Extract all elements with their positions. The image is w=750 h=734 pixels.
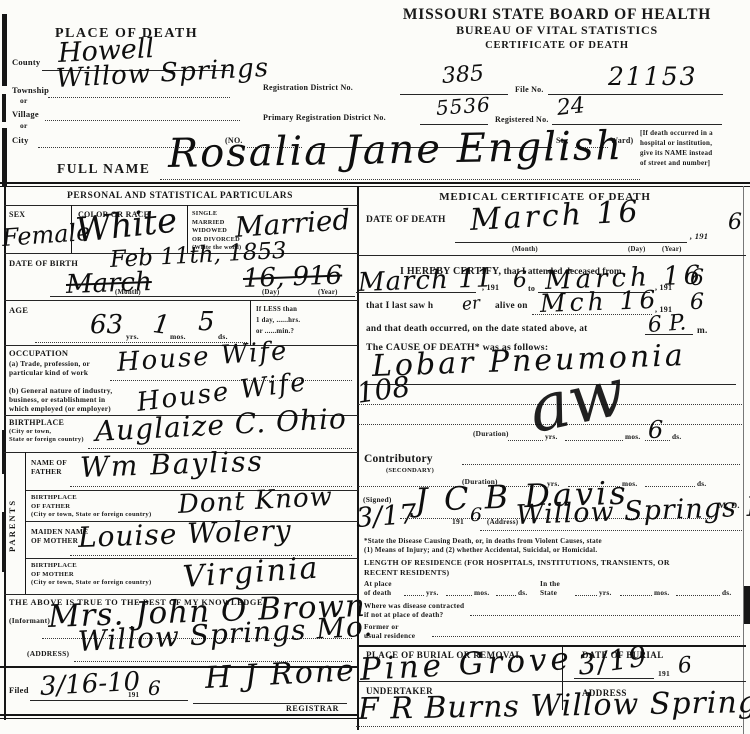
dod-year-printed: , 191 xyxy=(690,232,708,242)
signed-year-value: 6 xyxy=(470,506,482,525)
registrar-signature: H J Rone xyxy=(204,656,356,694)
occupation-b-label: (b) General nature of industry, business… xyxy=(9,386,149,413)
death-time-line xyxy=(645,334,693,335)
hospital-note-line: hospital or institution, xyxy=(640,138,744,148)
occupation-a-line: particular kind of work xyxy=(9,368,129,377)
death-certificate-document: PLACE OF DEATH County Howell Township Wi… xyxy=(0,0,750,734)
filed-year-printed: 191 xyxy=(128,692,139,700)
age-less-than-day-note: If LESS than 1 day, ......hrs. or ......… xyxy=(256,305,356,338)
bureau-title: BUREAU OF VITAL STATISTICS xyxy=(392,24,722,37)
duration-yrs-label: yrs. xyxy=(545,433,558,441)
hospital-note-line: give its NAME instead xyxy=(640,148,744,158)
undertaker-line xyxy=(356,726,742,727)
or-label: or xyxy=(20,97,28,105)
dod-day-label: (Day) xyxy=(628,246,645,254)
mos-label: mos. xyxy=(170,333,186,341)
filed-date-value: 3/16-10 xyxy=(39,669,140,700)
age-note-line: or ......min.? xyxy=(256,327,356,338)
dod-year-label: (Year) xyxy=(662,246,682,254)
board-title: MISSOURI STATE BOARD OF HEALTH xyxy=(392,6,722,23)
physician-address-label: (Address) xyxy=(487,519,518,527)
duration-mos-line xyxy=(565,440,623,441)
line xyxy=(620,595,652,596)
filed-line xyxy=(30,700,188,701)
or-label: or xyxy=(20,122,28,130)
from-year-printed: , 191 xyxy=(482,284,499,293)
signed-date-value: 3/17 xyxy=(355,501,417,532)
res-mos-label: mos. xyxy=(474,589,489,597)
line xyxy=(575,595,597,596)
village-line xyxy=(45,120,240,121)
township-label: Township xyxy=(12,86,49,96)
primary-district-label: Primary Registration District No. xyxy=(263,114,386,123)
signed-year-printed: 191 xyxy=(452,518,464,526)
row-border xyxy=(358,681,746,682)
undertaker-signature: F R Burns Willow Springs Mo xyxy=(358,687,750,725)
footnote-line: *State the Disease Causing Death, or, in… xyxy=(364,537,744,546)
line xyxy=(676,595,720,596)
full-name-label: FULL NAME xyxy=(57,161,150,176)
left-column-bottom-border xyxy=(0,718,358,719)
residence-title: LENGTH OF RESIDENCE (FOR HOSPITALS, INST… xyxy=(364,558,744,578)
father-bp-line: BIRTHPLACE xyxy=(31,494,181,503)
birthplace-label: BIRTHPLACE xyxy=(9,419,64,428)
mother-birthplace-value: Virginia xyxy=(182,554,320,593)
age-days-value: 5 xyxy=(198,309,215,335)
mother-bp-line: (City or town, State or foreign country) xyxy=(31,579,191,588)
left-column-bottom-border xyxy=(0,714,358,716)
parents-label: PARENTS xyxy=(8,485,18,565)
hospital-note: [If death occurred in a hospital or inst… xyxy=(640,128,744,169)
father-name-value: Wm Bayliss xyxy=(80,448,265,482)
dob-line xyxy=(50,296,355,297)
former-residence-line xyxy=(432,636,740,637)
city-label: City xyxy=(12,136,29,146)
personal-section-title: PERSONAL AND STATISTICAL PARTICULARS xyxy=(10,191,350,202)
date-of-death-value: March 16 xyxy=(469,197,641,236)
date-of-burial-value: 3/19 xyxy=(576,642,650,680)
father-birthplace-value: Dont Know xyxy=(177,484,333,518)
in-state-line: State xyxy=(540,588,580,597)
physician-address-value: Willow Springs Mo xyxy=(516,492,750,529)
state-ds-label: ds. xyxy=(722,589,731,597)
res-ds-label: ds. xyxy=(518,589,527,597)
full-name-value: Rosalia Jane English xyxy=(168,126,624,174)
residence-title-line: LENGTH OF RESIDENCE (FOR HOSPITALS, INST… xyxy=(364,558,744,568)
address-line xyxy=(480,530,742,531)
burial-year-value: 6 xyxy=(677,655,693,678)
informant-label: (Informant) xyxy=(9,617,50,625)
dod-year-value: 6 xyxy=(728,212,742,234)
yrs-label: yrs. xyxy=(126,333,139,341)
duration-label: (Duration) xyxy=(473,430,509,438)
at-place-line: At place xyxy=(364,579,409,588)
mother-birthplace-label: BIRTHPLACE OF MOTHER (City or town, Stat… xyxy=(31,562,191,588)
to-year-value: 6 xyxy=(690,268,704,290)
former-residence-label: Former or usual residence xyxy=(364,622,444,641)
file-no-value: 21153 xyxy=(608,64,698,89)
primary-district-value: 5536 xyxy=(435,94,491,118)
duration-ds-line xyxy=(645,440,670,441)
filed-label: Filed xyxy=(9,686,29,696)
line xyxy=(496,595,516,596)
duration-days-value: 6 xyxy=(648,418,663,442)
mother-name-value: Louise Wolery xyxy=(78,517,293,552)
last-saw-line xyxy=(532,314,652,315)
from-year-value: 6 xyxy=(513,270,527,292)
alive-on-label: alive on xyxy=(495,301,528,311)
date-of-birth-label: DATE OF BIRTH xyxy=(9,259,78,269)
scan-artifact xyxy=(2,94,6,122)
divider xyxy=(0,182,750,184)
occupation-a-value: House Wife xyxy=(116,338,289,376)
cell-border xyxy=(71,205,72,253)
occupation-label: OCCUPATION xyxy=(9,349,68,359)
row-border xyxy=(4,300,358,301)
last-saw-er-value: er xyxy=(461,295,481,314)
line xyxy=(446,595,472,596)
contracted-line: Where was disease contracted xyxy=(364,601,514,610)
row-border xyxy=(358,255,746,256)
secondary-label: (SECONDARY) xyxy=(386,467,434,474)
contributory-ds-label: ds. xyxy=(697,480,706,488)
sex-label: SEX xyxy=(9,211,25,220)
marital-status-value: Married xyxy=(234,206,351,242)
occupation-a-label: (a) Trade, profession, or particular kin… xyxy=(9,359,129,377)
former-line: Former or xyxy=(364,622,444,631)
father-birthplace-label: BIRTHPLACE OF FATHER (City or town, Stat… xyxy=(31,494,181,520)
burial-year-printed: 191 xyxy=(658,670,670,678)
occupation-a-line: (a) Trade, profession, or xyxy=(9,359,129,368)
left-border xyxy=(4,186,6,720)
registered-no-value: 24 xyxy=(556,95,586,120)
day-label: (Day) xyxy=(262,289,279,297)
hospital-note-line: [If death occurred in a xyxy=(640,128,744,138)
duration-yrs-line xyxy=(508,440,543,441)
divider xyxy=(0,186,750,187)
year-label: (Year) xyxy=(318,289,338,297)
dod-month-label: (Month) xyxy=(512,246,538,254)
contributory-label: Contributory xyxy=(364,453,433,466)
full-name-line xyxy=(160,179,640,180)
in-state-line: In the xyxy=(540,579,580,588)
last-saw-pre-text: that I last saw h xyxy=(366,301,433,311)
occupation-b-line: which employed (or employer) xyxy=(9,404,149,413)
age-note-line: If LESS than xyxy=(256,305,356,316)
certify-line xyxy=(356,292,476,293)
file-no-label: File No. xyxy=(515,86,544,95)
last-saw-year-value: 6 xyxy=(690,292,704,314)
township-line xyxy=(48,97,230,98)
cause-code-value: 108 xyxy=(355,373,412,408)
informant-address-label: (ADDRESS) xyxy=(27,650,69,658)
line xyxy=(404,595,424,596)
duration-mos-label: mos. xyxy=(625,433,640,441)
state-mos-label: mos. xyxy=(654,589,669,597)
death-occurred-text: and that death occurred, on the date sta… xyxy=(366,324,587,334)
age-label: AGE xyxy=(9,306,28,316)
right-border xyxy=(743,186,744,734)
state-yrs-label: yrs. xyxy=(599,589,612,597)
scan-artifact xyxy=(743,586,750,624)
certificate-title: CERTIFICATE OF DEATH xyxy=(392,40,722,52)
duration-ds-label: ds. xyxy=(672,433,681,441)
place-of-burial-value: Pine Grove xyxy=(359,644,573,686)
occupation-b-line: (b) General nature of industry, xyxy=(9,386,149,395)
to-label: to xyxy=(528,285,535,294)
contributory-line xyxy=(462,464,740,465)
occupation-b-line: business, or establishment in xyxy=(9,395,149,404)
ink-flourish-mark: aw xyxy=(523,359,630,443)
contracted-answer-line xyxy=(470,615,740,616)
burial-date-line xyxy=(574,678,654,679)
residence-title-line: RECENT RESIDENTS) xyxy=(364,568,744,578)
father-bp-line: OF FATHER xyxy=(31,503,181,512)
date-of-birth-crossed-out: 16, 916 xyxy=(243,263,343,292)
age-months-value: 1 xyxy=(151,311,171,339)
scan-artifact xyxy=(2,14,7,86)
month-label: (Month) xyxy=(115,289,141,297)
at-place-line: of death xyxy=(364,588,409,597)
registration-district-value: 385 xyxy=(441,63,484,88)
scan-artifact xyxy=(2,128,7,186)
county-label: County xyxy=(12,58,40,68)
last-saw-date-value: Mch 16 xyxy=(540,287,660,316)
hospital-note-line: of street and number] xyxy=(640,158,744,168)
date-of-death-label: DATE OF DEATH xyxy=(366,215,446,226)
cause-footnote: *State the Disease Causing Death, or, in… xyxy=(364,537,744,555)
time-m-label: m. xyxy=(697,326,708,336)
date-of-death-line xyxy=(455,242,687,243)
parents-strip-border xyxy=(25,452,26,595)
mother-bp-line: BIRTHPLACE xyxy=(31,562,191,571)
mother-bp-line: OF MOTHER xyxy=(31,571,191,580)
filed-year-value: 6 xyxy=(148,678,161,698)
in-state-label: In the State xyxy=(540,579,580,598)
res-yrs-label: yrs. xyxy=(426,589,439,597)
footnote-line: (1) Means of Injury; and (2) whether Acc… xyxy=(364,546,744,555)
registrar-label: REGISTRAR xyxy=(286,705,339,714)
registration-district-label: Registration District No. xyxy=(263,84,353,93)
at-place-label: At place of death xyxy=(364,579,409,598)
color-race-value: White xyxy=(74,203,179,247)
disease-contracted-label: Where was disease contracted if not at p… xyxy=(364,601,514,620)
line xyxy=(645,486,695,487)
age-years-value: 63 xyxy=(90,312,123,338)
age-note-line: 1 day, ......hrs. xyxy=(256,316,356,327)
village-label: Village xyxy=(12,110,39,120)
